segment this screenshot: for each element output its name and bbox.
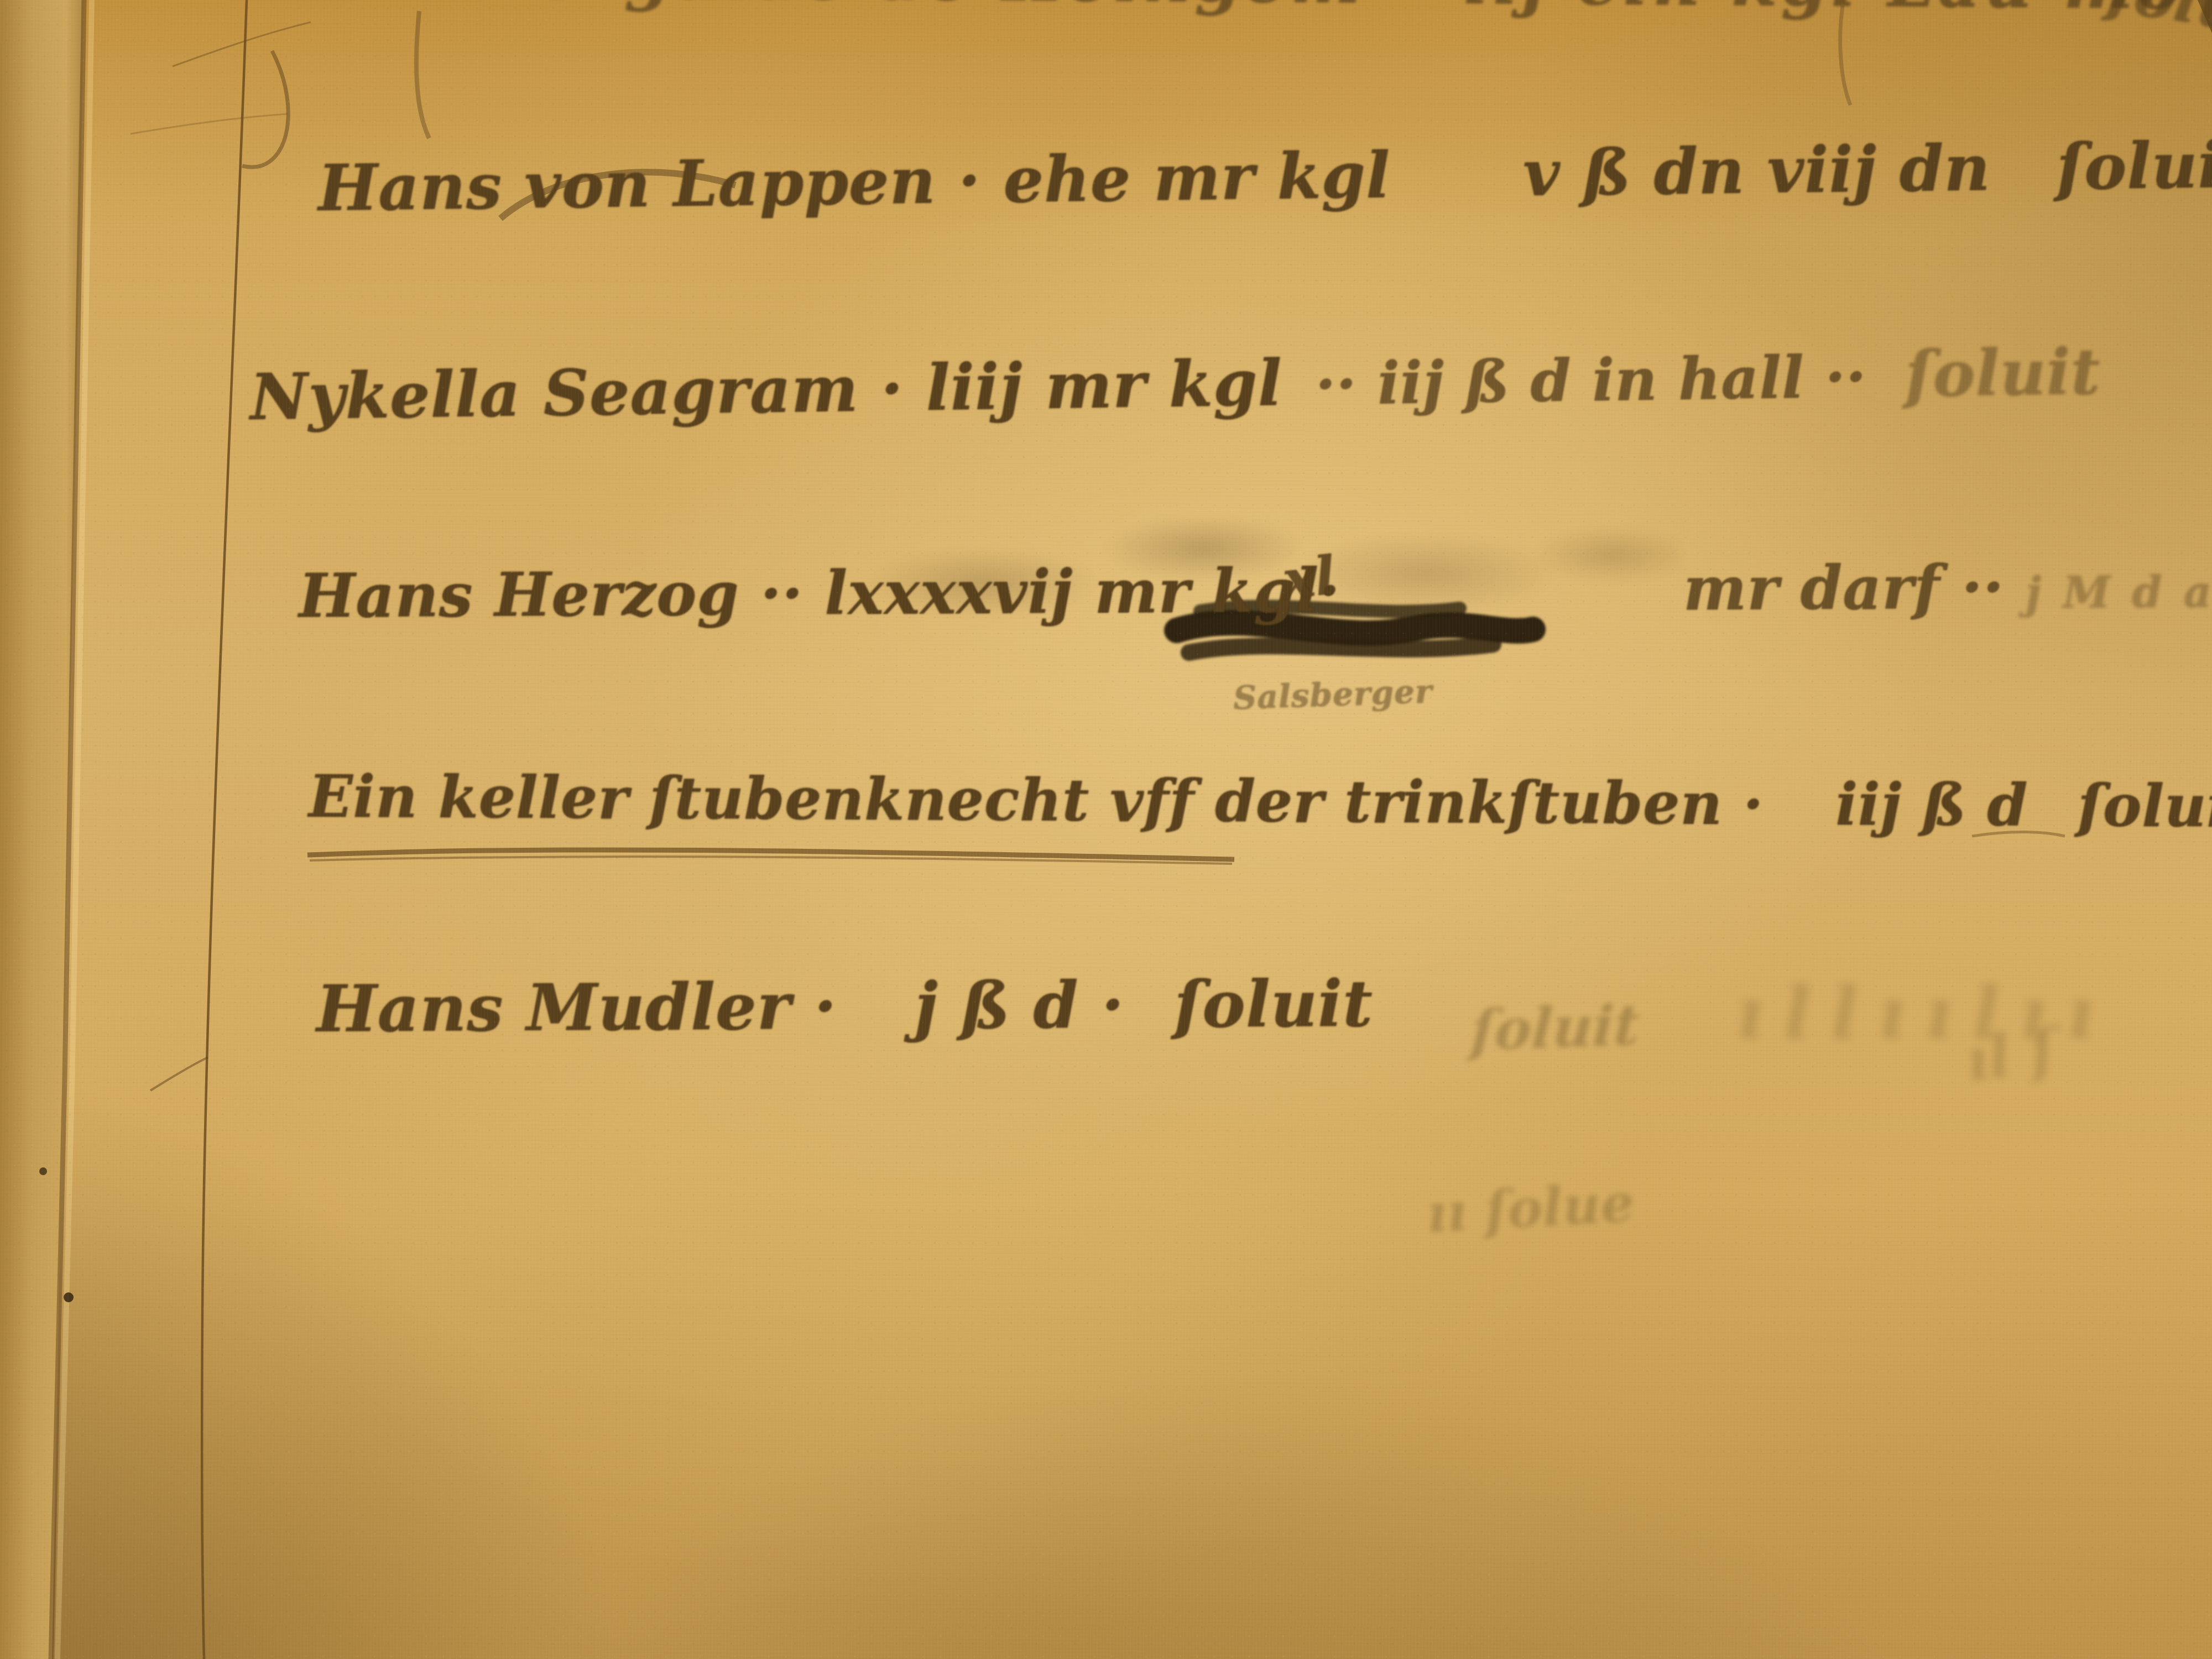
entry-amount: mr darf ··	[1683, 552, 2004, 624]
column-gap	[1364, 3, 1464, 3]
ledger-line-top-partial: Hann Olgulde de Heingemiij ein kgl Lau m…	[290, 0, 2185, 24]
blotted-word-gap	[1340, 609, 1683, 611]
pen-trial-hairline	[131, 114, 288, 134]
entry-rate: · ehe mr kgl	[958, 138, 1391, 218]
entry-name: Ein keller ſtubenknecht vff der trinkſtu…	[309, 763, 1764, 838]
entry-amount: iij ß d	[1835, 770, 2028, 839]
interlinear-correction: xl	[1280, 545, 1338, 611]
ledger-entry-3: Hans Herzog ·· lxxxxvij mr kgl·mr darf ·…	[299, 550, 2212, 631]
entry-name: Hans Mudler ·	[316, 969, 837, 1047]
ledger-line-top-edge-fragment: ſolue	[2104, 0, 2212, 51]
ledger-entry-5: Hans Mudler ·j ß d ·ſoluit	[316, 966, 1373, 1047]
entry-status-soluit: ſoluit	[1174, 966, 1373, 1042]
show-through-smudge: ıl ſ	[1961, 1014, 2059, 1094]
entry-status-soluit: ſoluit	[1905, 335, 2101, 411]
column-gap	[1391, 196, 1524, 197]
column-gap	[1764, 825, 1835, 825]
ledger-entry-1: Hans von Lappen · ehe mr kglv ß dn viij …	[317, 128, 2212, 226]
sub-linear-note: Salsberger	[1233, 672, 1433, 717]
descender-stroke	[416, 11, 429, 138]
column-gap	[1990, 189, 2057, 190]
ink-speck	[64, 1292, 74, 1302]
ledger-entry-2: Nykella Seagram · liij mr kgl·· iij ß d …	[249, 335, 2101, 435]
entry-rate: ·· lxxxxvij mr kgl·	[760, 556, 1340, 629]
column-gap	[1867, 397, 1906, 397]
entry-status-soluit: ſoluit	[2078, 772, 2212, 841]
ledger-entry-4: Ein keller ſtubenknecht vff der trinkſtu…	[309, 763, 2212, 841]
pen-trial-hairline	[173, 22, 311, 66]
flourish-stroke	[242, 51, 288, 167]
show-through-text: ıı ſolue	[1425, 1172, 1635, 1244]
underline-stroke	[310, 857, 1232, 864]
entry-amount: iij ein kgl Lau mo	[1464, 0, 2185, 24]
manuscript-page-photo: Hann Olgulde de Heingemiij ein kgl Lau m…	[0, 0, 2212, 1659]
column-gap	[837, 1028, 915, 1029]
binding-underpage-strip	[0, 0, 94, 1659]
entry-name: Hans Herzog	[299, 559, 739, 631]
show-through-text: ſoluit	[1469, 993, 1641, 1064]
entry-name: Hans von Lappen	[317, 144, 936, 226]
entry-amount: ·· iij ß d in hall ··	[1315, 343, 1867, 419]
entry-name: Nykella Seagram	[249, 352, 859, 434]
column-gap	[1282, 404, 1316, 405]
entry-name: Hann Olgulde de Heingem	[290, 0, 1365, 18]
entry-amount: v ß dn viij dn	[1522, 131, 1990, 210]
entry-faint-amount: j M d an vj ß ſoluit	[2026, 565, 2212, 618]
margin-rule-line	[202, 0, 247, 1659]
entry-amount: j ß d ·	[914, 967, 1124, 1044]
entry-status-soluit: ſoluit	[2056, 128, 2212, 204]
entry-rate: · liij mr kgl	[880, 346, 1282, 425]
underline-stroke	[307, 850, 1234, 859]
pen-trial-hairline	[150, 1057, 208, 1091]
show-through-smear: ıllıılıı	[1736, 971, 2114, 1055]
